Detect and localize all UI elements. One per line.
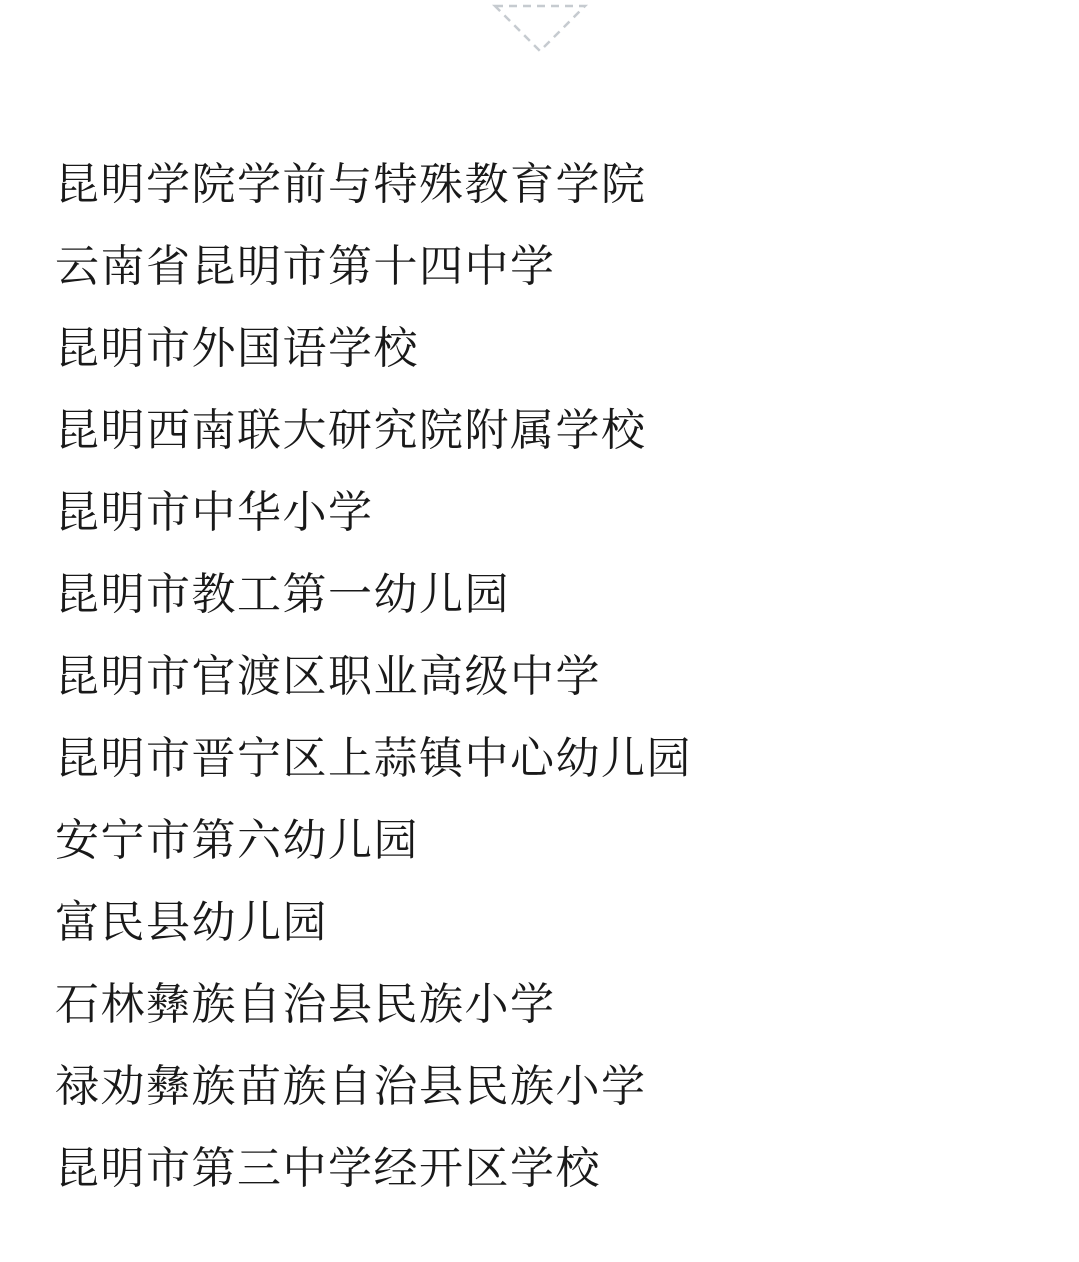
chevron-down-icon [490, 2, 590, 56]
list-item: 昆明学院学前与特殊教育学院 [55, 144, 692, 226]
list-item: 云南省昆明市第十四中学 [55, 226, 692, 308]
list-item: 禄劝彝族苗族自治县民族小学 [55, 1046, 692, 1128]
list-item: 昆明市晋宁区上蒜镇中心幼儿园 [55, 718, 692, 800]
list-item: 昆明市中华小学 [55, 472, 692, 554]
collapse-hint[interactable] [490, 2, 590, 56]
school-list: 昆明学院学前与特殊教育学院云南省昆明市第十四中学昆明市外国语学校昆明西南联大研究… [55, 144, 692, 1210]
list-item: 富民县幼儿园 [55, 882, 692, 964]
list-item: 昆明市教工第一幼儿园 [55, 554, 692, 636]
list-item: 昆明市第三中学经开区学校 [55, 1128, 692, 1210]
list-item: 安宁市第六幼儿园 [55, 800, 692, 882]
list-item: 昆明市外国语学校 [55, 308, 692, 390]
list-item: 昆明市官渡区职业高级中学 [55, 636, 692, 718]
list-item: 昆明西南联大研究院附属学校 [55, 390, 692, 472]
list-item: 石林彝族自治县民族小学 [55, 964, 692, 1046]
article-page: 昆明学院学前与特殊教育学院云南省昆明市第十四中学昆明市外国语学校昆明西南联大研究… [0, 0, 1079, 1262]
